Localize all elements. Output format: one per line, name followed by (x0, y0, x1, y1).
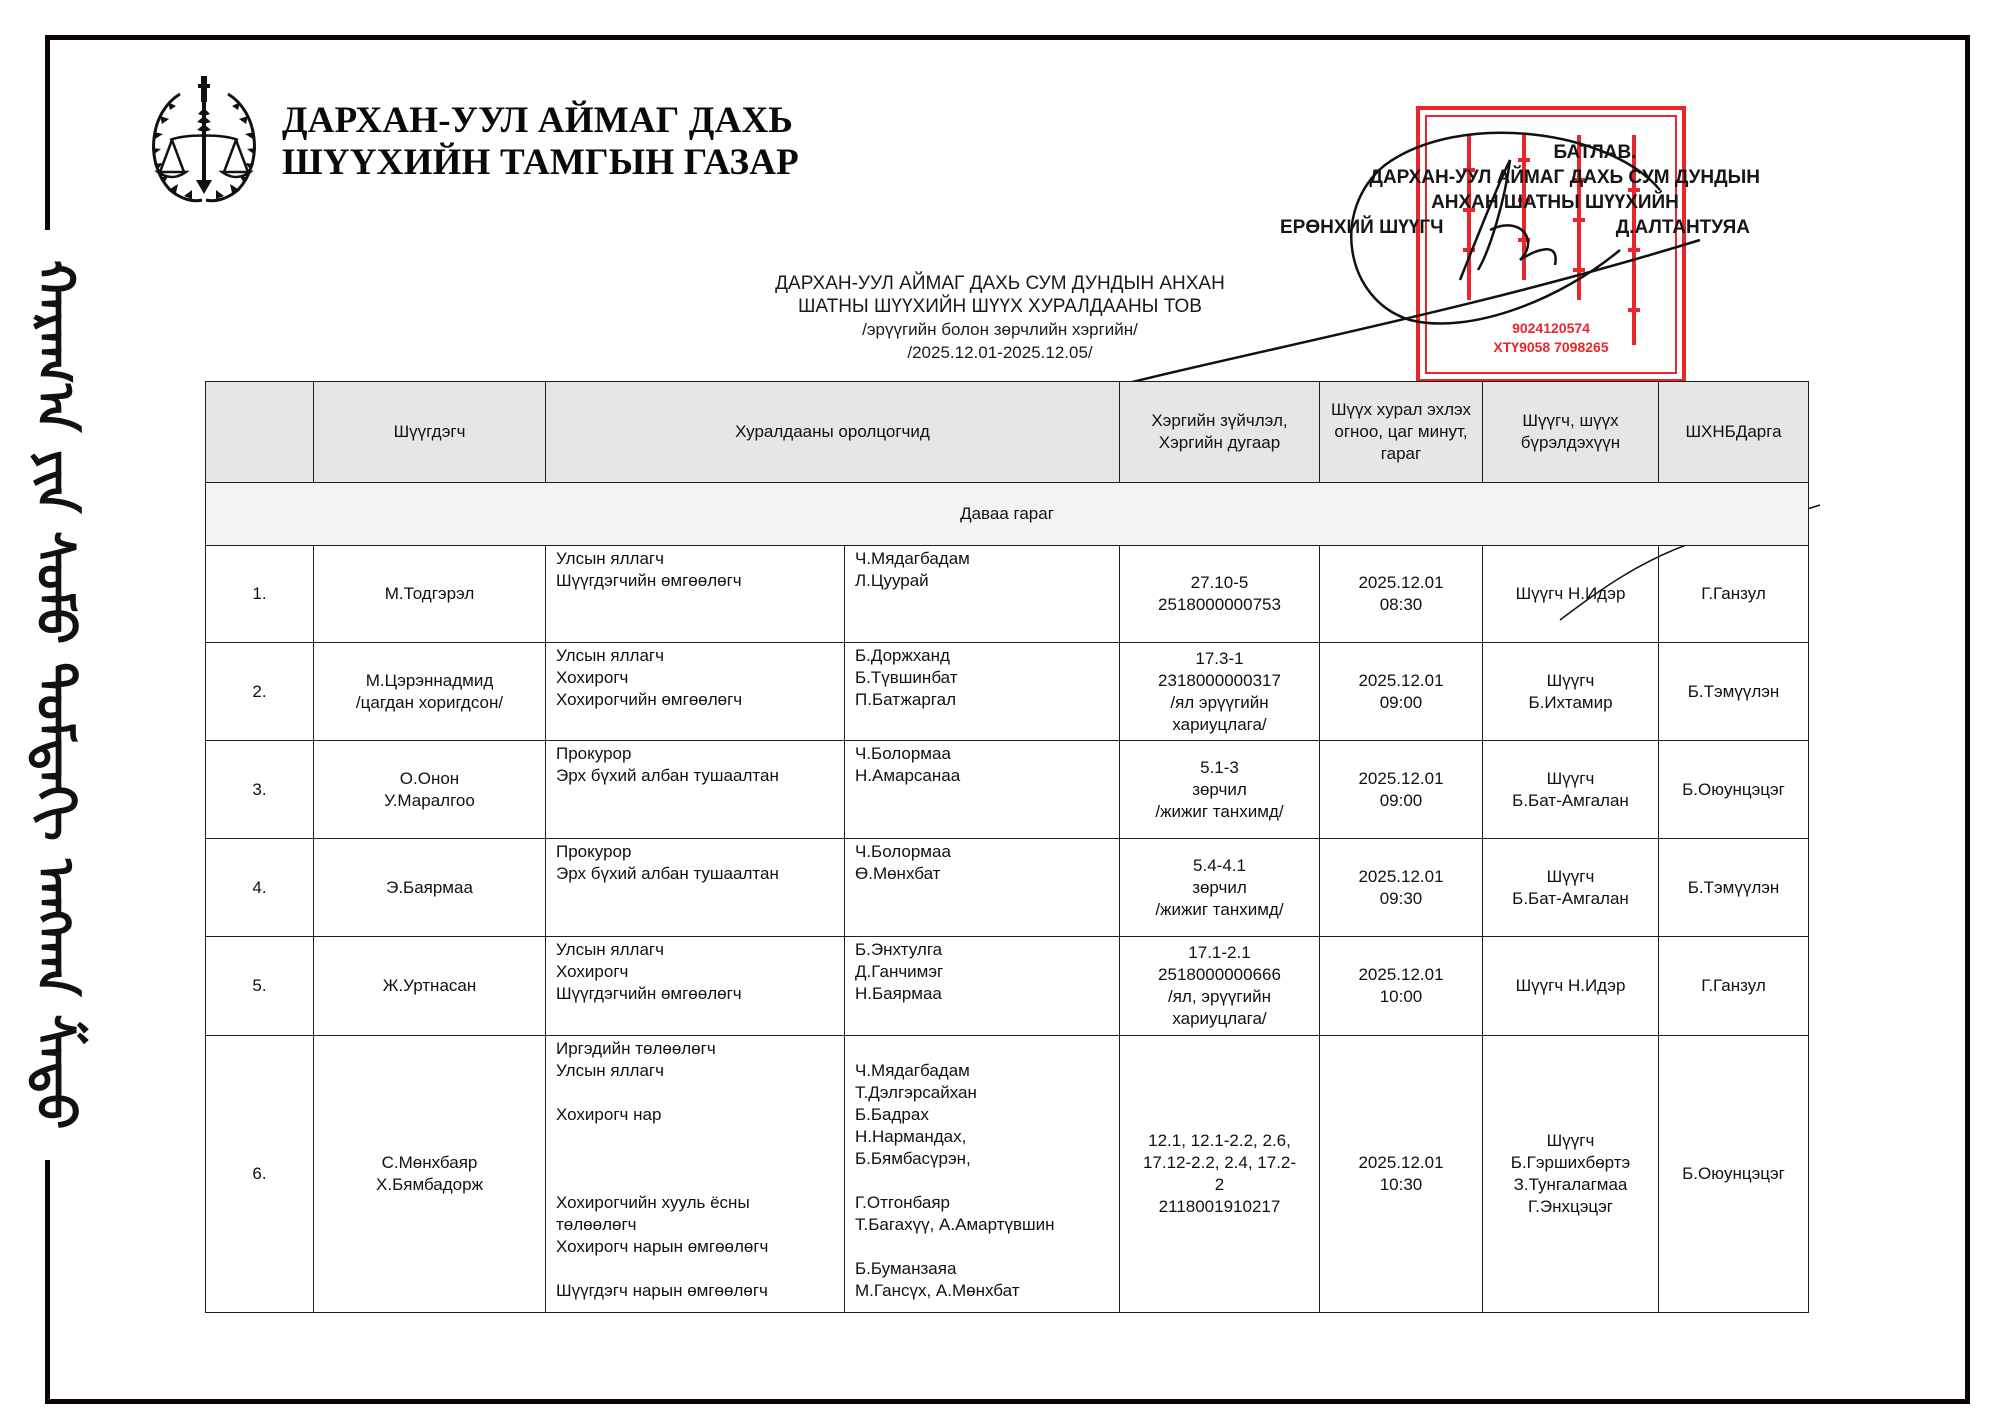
judge-cell: ШүүгчБ.Бат-Амгалан (1483, 839, 1659, 937)
participant-roles-cell: Улсын яллагчХохирогчХохирогчийн өмгөөлөг… (546, 643, 845, 741)
case-cell-line: 2118001910217 (1126, 1196, 1313, 1218)
datetime-cell-line: 08:30 (1326, 594, 1476, 616)
header-judge: Шүүгч, шүүх бүрэлдэхүүн (1483, 382, 1659, 483)
header-clerk: ШХНБДарга (1659, 382, 1809, 483)
defendant-cell-line: /цагдан хоригдсон/ (320, 692, 539, 714)
approval-block: БАТЛАВ. ДАРХАН-УУЛ АЙМАГ ДАХЬ СУМ ДУНДЫН… (1280, 140, 1760, 240)
defendant-cell-line: С.Мөнхбаяр (320, 1152, 539, 1174)
row-number: 6. (206, 1036, 314, 1313)
judge-cell-line: Б.Гэршихбөртэ (1489, 1152, 1652, 1174)
datetime-cell-line: 10:30 (1326, 1174, 1476, 1196)
header-case: Хэргийн зүйчлэл, Хэргийн дугаар (1120, 382, 1320, 483)
scales-of-justice-emblem-icon (140, 72, 268, 206)
approval-name: Д.АЛТАНТУЯА (1616, 215, 1750, 240)
participant-names-cell-line: Б.Түвшинбат (855, 667, 1113, 689)
case-cell-line: 2518000000753 (1126, 594, 1313, 616)
case-cell-line: хариуцлага/ (1126, 714, 1313, 736)
datetime-cell: 2025.12.0109:00 (1320, 741, 1483, 839)
table-header-row: Шүүгдэгч Хуралдааны оролцогчид Хэргийн з… (206, 382, 1809, 483)
document-title: ДАРХАН-УУЛ АЙМАГ ДАХЬ СУМ ДУНДЫН АНХАН Ш… (700, 272, 1300, 364)
document-date-range: /2025.12.01-2025.12.05/ (700, 341, 1300, 364)
participant-roles-cell-line: Хохирогч нар (556, 1104, 838, 1126)
row-number: 1. (206, 546, 314, 643)
stamp-number-line1: 9024120574 (1420, 319, 1682, 338)
table-row: 6.С.МөнхбаярХ.БямбадоржИргэдийн төлөөлөг… (206, 1036, 1809, 1313)
judge-cell-line: Шүүгч (1489, 1130, 1652, 1152)
datetime-cell: 2025.12.0108:30 (1320, 546, 1483, 643)
approval-position: ЕРӨНХИЙ ШҮҮГЧ (1280, 215, 1443, 240)
case-cell-line: 17.1-2.1 (1126, 942, 1313, 964)
table-row: 3.О.ОнонУ.МаралгооПрокурорЭрх бүхий алба… (206, 741, 1809, 839)
case-cell: 12.1, 12.1-2.2, 2.6,17.12-2.2, 2.4, 17.2… (1120, 1036, 1320, 1313)
case-cell-line: 12.1, 12.1-2.2, 2.6, (1126, 1130, 1313, 1152)
defendant-cell: М.Цэрэннадмид/цагдан хоригдсон/ (314, 643, 546, 741)
case-cell: 17.1-2.12518000000666/ял, эрүүгийнхариуц… (1120, 937, 1320, 1036)
case-cell-line: /ял, эрүүгийн (1126, 986, 1313, 1008)
participant-roles-cell-line: Иргэдийн төлөөлөгч (556, 1038, 838, 1060)
datetime-cell-line: 10:00 (1326, 986, 1476, 1008)
participant-roles-cell-line: Шүүгдэгчийн өмгөөлөгч (556, 570, 838, 592)
participant-roles-cell: Иргэдийн төлөөлөгчУлсын яллагчХохирогч н… (546, 1036, 845, 1313)
case-cell-line: /жижиг танхимд/ (1126, 801, 1313, 823)
participant-roles-cell: ПрокурорЭрх бүхий албан тушаалтан (546, 839, 845, 937)
case-cell-line: 5.1-3 (1126, 757, 1313, 779)
defendant-cell-line: Х.Бямбадорж (320, 1174, 539, 1196)
datetime-cell-line: 09:30 (1326, 888, 1476, 910)
participant-roles-cell: ПрокурорЭрх бүхий албан тушаалтан (546, 741, 845, 839)
case-cell-line: 2 (1126, 1174, 1313, 1196)
participant-names-cell-line: Б.Буманзаяа (855, 1258, 1113, 1280)
clerk-cell: Г.Ганзул (1659, 937, 1809, 1036)
participant-names-cell-line (855, 1170, 1113, 1192)
participant-names-cell: Ч.БолормааН.Амарсанаа (845, 741, 1120, 839)
participant-roles-cell-line: Хохирогч нарын өмгөөлөгч (556, 1236, 838, 1258)
document-subtitle: /эрүүгийн болон зөрчлийн хэргийн/ (700, 318, 1300, 341)
participant-names-cell-line: Т.Дэлгэрсайхан (855, 1082, 1113, 1104)
table-row: 4.Э.БаярмааПрокурорЭрх бүхий албан тушаа… (206, 839, 1809, 937)
case-cell: 17.3-12318000000317/ял эрүүгийнхариуцлаг… (1120, 643, 1320, 741)
participant-roles-cell-line (556, 1126, 838, 1148)
mongolian-vertical-text: ᠬᠠᠷᠠᠭ᠎ᠠ ᠶᠢᠨ ᠰᠤᠮᠤ ᠳᠤᠮᠳᠠᠬᠢ ᠠᠩᠬᠠᠨ ᠱᠠᠲᠤ (10, 230, 100, 1160)
header-number (206, 382, 314, 483)
participant-names-cell-line: Б.Энхтулга (855, 939, 1113, 961)
defendant-cell-line: У.Маралгоо (320, 790, 539, 812)
case-cell-line: 2518000000666 (1126, 964, 1313, 986)
participant-roles-cell-line: Шүүгдэгчийн өмгөөлөгч (556, 983, 838, 1005)
defendant-cell: О.ОнонУ.Маралгоо (314, 741, 546, 839)
judge-cell: Шүүгч Н.Идэр (1483, 937, 1659, 1036)
participant-roles-cell-line: Шүүгдэгч нарын өмгөөлөгч (556, 1280, 838, 1302)
row-number: 4. (206, 839, 314, 937)
table-row: 2.М.Цэрэннадмид/цагдан хоригдсон/Улсын я… (206, 643, 1809, 741)
participant-names-cell-line: Ч.Мядагбадам (855, 548, 1113, 570)
day-row: Даваа гараг (206, 483, 1809, 546)
defendant-cell: Э.Баярмаа (314, 839, 546, 937)
datetime-cell-line: 2025.12.01 (1326, 670, 1476, 692)
judge-cell: ШүүгчБ.ГэршихбөртэЗ.ТунгалагмааГ.Энхцэцэ… (1483, 1036, 1659, 1313)
judge-cell-line: Шүүгч (1489, 670, 1652, 692)
defendant-cell-line: М.Тодгэрэл (320, 583, 539, 605)
datetime-cell-line: 2025.12.01 (1326, 964, 1476, 986)
participant-names-cell-line: Н.Баярмаа (855, 983, 1113, 1005)
approval-signatory: ЕРӨНХИЙ ШҮҮГЧ Д.АЛТАНТУЯА (1280, 215, 1760, 240)
case-cell-line: /жижиг танхимд/ (1126, 899, 1313, 921)
participant-names-cell: Ч.МядагбадамТ.ДэлгэрсайханБ.БадрахН.Нарм… (845, 1036, 1120, 1313)
document-title-line2: ШАТНЫ ШҮҮХИЙН ШҮҮХ ХУРАЛДААНЫ ТОВ (700, 295, 1300, 318)
datetime-cell: 2025.12.0109:00 (1320, 643, 1483, 741)
participant-roles-cell-line: Эрх бүхий албан тушаалтан (556, 765, 838, 787)
approval-court-line2: АНХАН ШАТНЫ ШҮҮХИЙН (1350, 190, 1760, 215)
participant-names-cell-line: М.Гансүх, А.Мөнхбат (855, 1280, 1113, 1302)
participant-roles-cell-line: Улсын яллагч (556, 645, 838, 667)
participant-names-cell-line: Л.Цуурай (855, 570, 1113, 592)
row-number: 5. (206, 937, 314, 1036)
participant-roles-cell-line: Хохирогчийн хууль ёсны (556, 1192, 838, 1214)
row-number: 3. (206, 741, 314, 839)
participant-names-cell-line: П.Батжаргал (855, 689, 1113, 711)
clerk-cell: Б.Тэмүүлэн (1659, 643, 1809, 741)
participant-names-cell: Б.ДоржхандБ.ТүвшинбатП.Батжаргал (845, 643, 1120, 741)
mongolian-script-margin: ᠬᠠᠷᠠᠭ᠎ᠠ ᠶᠢᠨ ᠰᠤᠮᠤ ᠳᠤᠮᠳᠠᠬᠢ ᠠᠩᠬᠠᠨ ᠱᠠᠲᠤ (0, 0, 90, 1414)
defendant-cell-line: О.Онон (320, 768, 539, 790)
judge-cell: ШүүгчБ.Ихтамир (1483, 643, 1659, 741)
case-cell-line: зөрчил (1126, 877, 1313, 899)
datetime-cell: 2025.12.0109:30 (1320, 839, 1483, 937)
stamp-number-line2: ХТҮ9058 7098265 (1420, 338, 1682, 357)
clerk-cell: Б.Оюунцэцэг (1659, 1036, 1809, 1313)
judge-cell-line: Г.Энхцэцэг (1489, 1196, 1652, 1218)
table-row: 1.М.ТодгэрэлУлсын яллагчШүүгдэгчийн өмгө… (206, 546, 1809, 643)
row-number: 2. (206, 643, 314, 741)
clerk-cell: Б.Оюунцэцэг (1659, 741, 1809, 839)
clerk-cell: Б.Тэмүүлэн (1659, 839, 1809, 937)
defendant-cell: М.Тодгэрэл (314, 546, 546, 643)
case-cell-line: 17.12-2.2, 2.4, 17.2- (1126, 1152, 1313, 1174)
judge-cell-line: Шүүгч (1489, 768, 1652, 790)
datetime-cell-line: 09:00 (1326, 790, 1476, 812)
case-cell-line: /ял эрүүгийн (1126, 692, 1313, 714)
table-row: 5.Ж.УртнасанУлсын яллагчХохирогчШүүгдэгч… (206, 937, 1809, 1036)
case-cell: 27.10-52518000000753 (1120, 546, 1320, 643)
judge-cell-line: Б.Бат-Амгалан (1489, 790, 1652, 812)
day-label: Даваа гараг (206, 483, 1809, 546)
datetime-cell-line: 2025.12.01 (1326, 866, 1476, 888)
case-cell-line: 2318000000317 (1126, 670, 1313, 692)
header-datetime: Шүүх хурал эхлэх огноо, цаг минут, гараг (1320, 382, 1483, 483)
participant-names-cell-line (855, 1236, 1113, 1258)
participant-names-cell-line: Б.Бямбасүрэн, (855, 1148, 1113, 1170)
case-cell-line: 5.4-4.1 (1126, 855, 1313, 877)
participant-names-cell-line: Н.Амарсанаа (855, 765, 1113, 787)
hearing-schedule-table: Шүүгдэгч Хуралдааны оролцогчид Хэргийн з… (205, 381, 1809, 1313)
participant-names-cell: Ч.БолормааӨ.Мөнхбат (845, 839, 1120, 937)
participant-roles-cell-line: Улсын яллагч (556, 1060, 838, 1082)
judge-cell-line: Шүүгч (1489, 866, 1652, 888)
header-participants: Хуралдааны оролцогчид (546, 382, 1120, 483)
participant-roles-cell-line: Улсын яллагч (556, 548, 838, 570)
document-title-line1: ДАРХАН-УУЛ АЙМАГ ДАХЬ СУМ ДУНДЫН АНХАН (700, 272, 1300, 295)
case-cell-line: зөрчил (1126, 779, 1313, 801)
participant-roles-cell: Улсын яллагчШүүгдэгчийн өмгөөлөгч (546, 546, 845, 643)
participant-names-cell-line (855, 1038, 1113, 1060)
participant-names-cell: Ч.МядагбадамЛ.Цуурай (845, 546, 1120, 643)
datetime-cell: 2025.12.0110:00 (1320, 937, 1483, 1036)
participant-names-cell-line: Ч.Болормаа (855, 743, 1113, 765)
approval-court-line1: ДАРХАН-УУЛ АЙМАГ ДАХЬ СУМ ДУНДЫН (1280, 165, 1760, 190)
participant-roles-cell-line: Прокурор (556, 841, 838, 863)
stamp-numbers: 9024120574 ХТҮ9058 7098265 (1420, 319, 1682, 357)
case-cell-line: 27.10-5 (1126, 572, 1313, 594)
defendant-cell: Ж.Уртнасан (314, 937, 546, 1036)
datetime-cell-line: 2025.12.01 (1326, 1152, 1476, 1174)
defendant-cell-line: Ж.Уртнасан (320, 975, 539, 997)
judge-cell-line: Б.Ихтамир (1489, 692, 1652, 714)
datetime-cell-line: 2025.12.01 (1326, 572, 1476, 594)
organization-title-line1: ДАРХАН-УУЛ АЙМАГ ДАХЬ (282, 100, 799, 142)
defendant-cell: С.МөнхбаярХ.Бямбадорж (314, 1036, 546, 1313)
case-cell: 5.4-4.1зөрчил/жижиг танхимд/ (1120, 839, 1320, 937)
participant-roles-cell-line (556, 1170, 838, 1192)
participant-roles-cell-line: Хохирогчийн өмгөөлөгч (556, 689, 838, 711)
defendant-cell-line: М.Цэрэннадмид (320, 670, 539, 692)
case-cell-line: хариуцлага/ (1126, 1008, 1313, 1030)
judge-cell: Шүүгч Н.Идэр (1483, 546, 1659, 643)
judge-cell-line: Шүүгч Н.Идэр (1489, 975, 1652, 997)
case-cell: 5.1-3зөрчил/жижиг танхимд/ (1120, 741, 1320, 839)
participant-names-cell-line: Ч.Мядагбадам (855, 1060, 1113, 1082)
participant-names-cell-line: Ч.Болормаа (855, 841, 1113, 863)
participant-roles-cell: Улсын яллагчХохирогчШүүгдэгчийн өмгөөлөг… (546, 937, 845, 1036)
participant-names-cell-line: Н.Нармандах, (855, 1126, 1113, 1148)
participant-roles-cell-line (556, 1082, 838, 1104)
participant-names-cell-line: Б.Бадрах (855, 1104, 1113, 1126)
judge-cell-line: Шүүгч Н.Идэр (1489, 583, 1652, 605)
judge-cell-line: З.Тунгалагмаа (1489, 1174, 1652, 1196)
participant-names-cell-line: Ө.Мөнхбат (855, 863, 1113, 885)
judge-cell: ШүүгчБ.Бат-Амгалан (1483, 741, 1659, 839)
participant-roles-cell-line (556, 1148, 838, 1170)
organization-title: ДАРХАН-УУЛ АЙМАГ ДАХЬ ШҮҮХИЙН ТАМГЫН ГАЗ… (282, 100, 799, 184)
judge-cell-line: Б.Бат-Амгалан (1489, 888, 1652, 910)
participant-roles-cell-line: төлөөлөгч (556, 1214, 838, 1236)
participant-roles-cell-line: Улсын яллагч (556, 939, 838, 961)
datetime-cell: 2025.12.0110:30 (1320, 1036, 1483, 1313)
participant-roles-cell-line: Прокурор (556, 743, 838, 765)
participant-roles-cell-line (556, 1258, 838, 1280)
defendant-cell-line: Э.Баярмаа (320, 877, 539, 899)
participant-roles-cell-line: Хохирогч (556, 667, 838, 689)
participant-names-cell-line: Б.Доржханд (855, 645, 1113, 667)
participant-names-cell: Б.ЭнхтулгаД.ГанчимэгН.Баярмаа (845, 937, 1120, 1036)
approval-heading: БАТЛАВ. (1430, 140, 1760, 165)
participant-names-cell-line: Т.Багахүү, А.Амартүвшин (855, 1214, 1113, 1236)
participant-names-cell-line: Г.Отгонбаяр (855, 1192, 1113, 1214)
participant-roles-cell-line: Хохирогч (556, 961, 838, 983)
header-defendant: Шүүгдэгч (314, 382, 546, 483)
case-cell-line: 17.3-1 (1126, 648, 1313, 670)
clerk-cell: Г.Ганзул (1659, 546, 1809, 643)
organization-title-line2: ШҮҮХИЙН ТАМГЫН ГАЗАР (282, 142, 799, 184)
participant-roles-cell-line: Эрх бүхий албан тушаалтан (556, 863, 838, 885)
datetime-cell-line: 09:00 (1326, 692, 1476, 714)
participant-names-cell-line: Д.Ганчимэг (855, 961, 1113, 983)
datetime-cell-line: 2025.12.01 (1326, 768, 1476, 790)
